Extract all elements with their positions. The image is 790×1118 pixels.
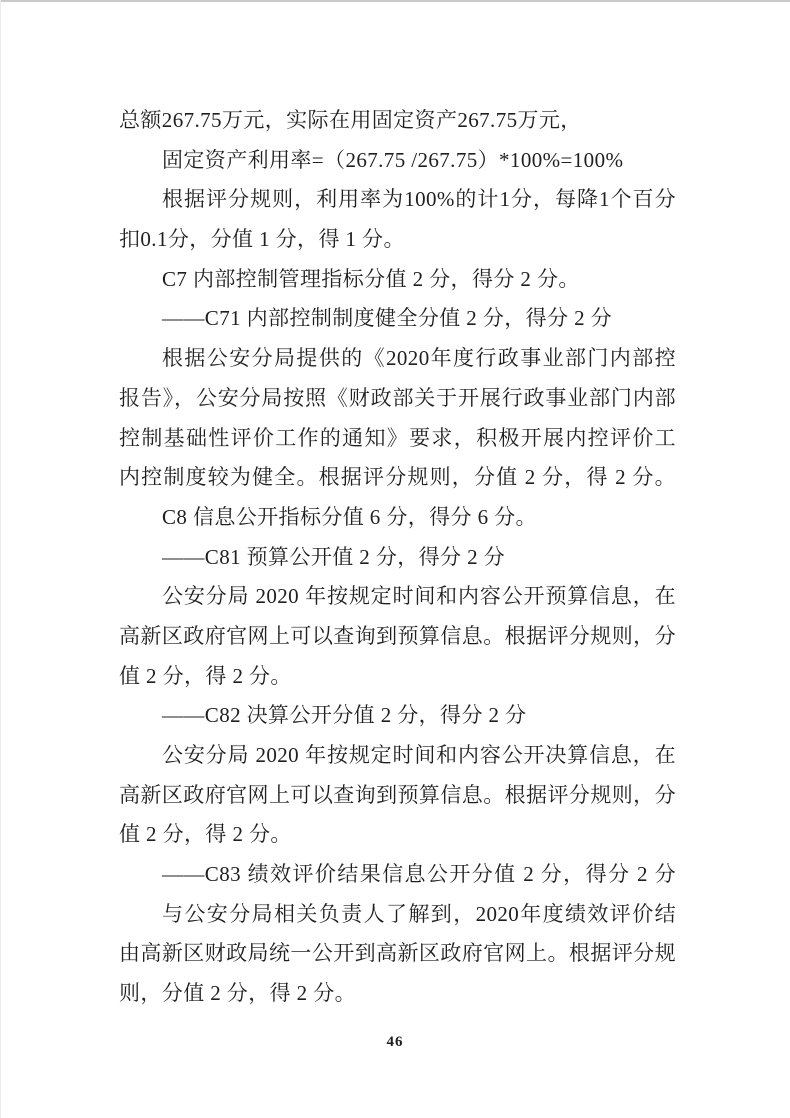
text-line: 固定资产利用率=（267.75 /267.75）*100%=100%: [119, 141, 676, 181]
text-line: 值 2 分，得 2 分。: [119, 657, 676, 697]
page-top-edge: [0, 0, 790, 2]
text-line: ——C82 决算公开分值 2 分，得分 2 分: [119, 696, 676, 736]
text-line: 与公安分局相关负责人了解到，2020年度绩效评价结果: [119, 895, 676, 935]
text-line: 则，分值 2 分，得 2 分。: [119, 974, 676, 1014]
text-line: ——C83 绩效评价结果信息公开分值 2 分，得分 2 分: [119, 855, 676, 895]
text-line: 控制基础性评价工作的通知》要求，积极开展内控评价工作，: [119, 419, 676, 459]
text-line: 根据公安分局提供的《2020年度行政事业部门内部控制: [119, 339, 676, 379]
text-line: 公安分局 2020 年按规定时间和内容公开决算信息，在: [119, 736, 676, 776]
text-line: 总额267.75万元，实际在用固定资产267.75万元，: [119, 101, 676, 141]
text-line: 根据评分规则，利用率为100%的计1分，每降1个百分点: [119, 180, 676, 220]
text-line: 报告》，公安分局按照《财政部关于开展行政事业部门内部: [119, 379, 676, 419]
text-line: C7 内部控制管理指标分值 2 分，得分 2 分。: [119, 260, 676, 300]
page-footer: 46: [0, 1031, 790, 1053]
text-line: 高新区政府官网上可以查询到预算信息。根据评分规则，分: [119, 776, 676, 816]
text-line: 内控制度较为健全。根据评分规则，分值 2 分，得 2 分。: [119, 458, 676, 498]
text-line: 扣0.1分，分值 1 分，得 1 分。: [119, 220, 676, 260]
text-line: C8 信息公开指标分值 6 分，得分 6 分。: [119, 498, 676, 538]
text-line: 值 2 分，得 2 分。: [119, 815, 676, 855]
text-line: 由高新区财政局统一公开到高新区政府官网上。根据评分规: [119, 934, 676, 974]
text-line: ——C81 预算公开值 2 分，得分 2 分: [119, 538, 676, 578]
text-line: 高新区政府官网上可以查询到预算信息。根据评分规则，分: [119, 617, 676, 657]
page-left-edge: [0, 0, 1, 1118]
document-body: 总额267.75万元，实际在用固定资产267.75万元，固定资产利用率=（267…: [119, 101, 676, 1014]
text-line: ——C71 内部控制制度健全分值 2 分，得分 2 分: [119, 299, 676, 339]
page-number: 46: [387, 1034, 404, 1050]
text-line: 公安分局 2020 年按规定时间和内容公开预算信息，在: [119, 577, 676, 617]
document-page: 总额267.75万元，实际在用固定资产267.75万元，固定资产利用率=（267…: [0, 0, 790, 1118]
